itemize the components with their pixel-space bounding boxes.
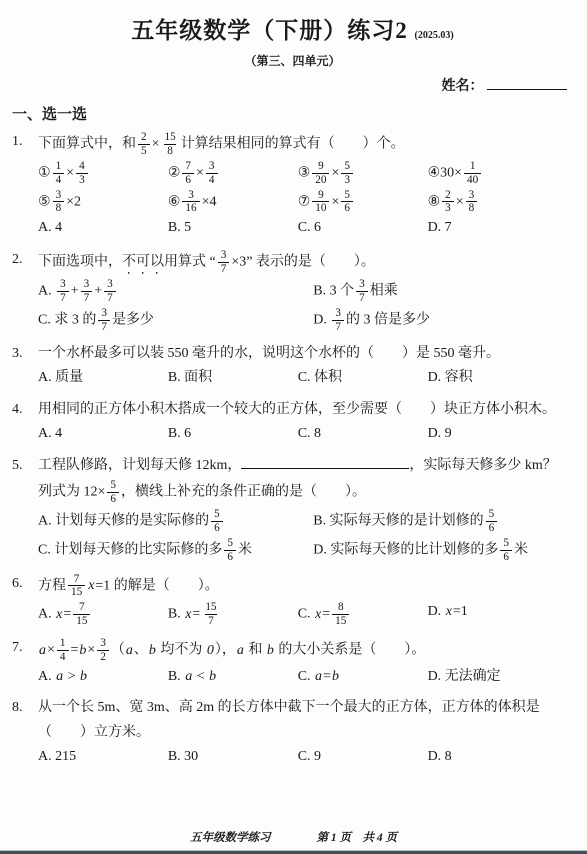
math-variable: x bbox=[445, 604, 453, 619]
text-run: ④30× bbox=[428, 165, 462, 180]
fraction-denominator: 7 bbox=[81, 291, 93, 305]
question-number: 1. bbox=[12, 130, 38, 159]
text-run: × bbox=[87, 643, 95, 658]
page-title-text: 五年级数学（下册）练习2 bbox=[131, 18, 408, 43]
text-run: D. bbox=[313, 313, 330, 328]
option-cell: ⑦910×56 bbox=[298, 188, 428, 217]
question-stem: 5.工程队修路，计划每天修 12km，，实际每天修多少 km？ bbox=[12, 454, 573, 479]
option-cell: D. 容积 bbox=[428, 366, 573, 391]
scan-edge-bar bbox=[0, 850, 587, 854]
option-cell: ③920×53 bbox=[298, 159, 428, 188]
fraction-denominator: 40 bbox=[464, 173, 481, 187]
fraction-numerator: 5 bbox=[486, 508, 498, 521]
text-run: 一个水杯最多可以装 550 毫升的水，说明这个水杯的（ ）是 550 毫升。 bbox=[38, 346, 500, 361]
fraction: 715 bbox=[68, 573, 85, 600]
math-variable: a bbox=[236, 643, 245, 658]
text-run: 的 3 倍是多少 bbox=[346, 313, 430, 328]
fraction-numerator: 9 bbox=[315, 189, 327, 202]
fraction-denominator: 3 bbox=[442, 201, 454, 215]
fraction-denominator: 5 bbox=[138, 144, 150, 158]
fraction-numerator: 5 bbox=[341, 160, 353, 173]
fraction: 158 bbox=[162, 131, 179, 158]
fraction-numerator: 8 bbox=[335, 601, 347, 614]
question-stem-text: 下面选项中，不可以用算式 “37×3” 表示的是（ ）。 bbox=[38, 248, 573, 278]
fraction: 56 bbox=[500, 537, 512, 564]
text-run: × bbox=[66, 165, 74, 180]
text-run: A. 质量 bbox=[38, 370, 83, 385]
fraction: 37 bbox=[356, 278, 368, 305]
text-run: × bbox=[456, 194, 464, 209]
text-run: ③ bbox=[298, 165, 311, 180]
fraction: 43 bbox=[76, 160, 88, 187]
text-run: 的大小关系是（ ）。 bbox=[275, 643, 426, 658]
option-cell: A. 4 bbox=[38, 422, 168, 447]
fraction-denominator: 4 bbox=[206, 173, 218, 187]
option-cell: B. 30 bbox=[168, 745, 298, 770]
text-run: 下面算式中，和 bbox=[38, 137, 136, 152]
fraction: 37 bbox=[57, 278, 69, 305]
text-run: + bbox=[94, 284, 102, 299]
text-run: C. 8 bbox=[298, 426, 321, 441]
text-run: = bbox=[322, 607, 330, 622]
fraction-denominator: 15 bbox=[332, 614, 349, 628]
fraction-denominator: 6 bbox=[107, 492, 119, 506]
math-variable: a bbox=[38, 643, 47, 658]
math-variable: b bbox=[208, 669, 217, 684]
text-run: A. 计划每天修的是实际修的 bbox=[38, 514, 209, 529]
text-run: 用相同的正方体小积木搭成一个较大的正方体，至少需要（ ）块正方体小积木。 bbox=[38, 402, 556, 417]
fraction-denominator: 15 bbox=[73, 614, 90, 628]
text-run: < bbox=[193, 669, 208, 684]
fraction: 715 bbox=[73, 601, 90, 628]
question-stem-text: 从一个长 5m、宽 3m、高 2m 的长方体中截下一个最大的正方体，正方体的体积… bbox=[38, 696, 573, 745]
page-title: 五年级数学（下册）练习2 (2025.03) bbox=[12, 12, 573, 45]
fraction-numerator: 5 bbox=[500, 537, 512, 550]
text-run: = bbox=[323, 669, 331, 684]
option-cell: D. 实际每天修的比计划修的多56米 bbox=[313, 536, 573, 565]
text-run: 从一个长 5m、宽 3m、高 2m 的长方体中截下一个最大的正方体，正方体的体积… bbox=[38, 700, 540, 740]
options-row: A. 37+37+37B. 3 个37相乘 bbox=[38, 277, 573, 306]
fraction: 56 bbox=[486, 508, 498, 535]
fraction-denominator: 7 bbox=[104, 291, 116, 305]
option-cell: B. 实际每天修的是计划修的56 bbox=[313, 507, 573, 536]
text-run: B. bbox=[168, 669, 184, 684]
footer-doc-title: 五年级数学练习 bbox=[190, 829, 271, 845]
fraction-numerator: 2 bbox=[138, 131, 150, 144]
math-variable: a bbox=[55, 669, 64, 684]
fraction: 56 bbox=[107, 479, 119, 506]
option-cell: C. 6 bbox=[298, 216, 428, 241]
text-run: ⑤ bbox=[38, 194, 51, 209]
fraction: 37 bbox=[104, 278, 116, 305]
text-run: B. 30 bbox=[168, 749, 198, 764]
fraction-numerator: 7 bbox=[182, 160, 194, 173]
question-stem-text: 工程队修路，计划每天修 12km，，实际每天修多少 km？ bbox=[38, 454, 573, 479]
option-cell: B. a < b bbox=[168, 665, 298, 690]
option-cell: ⑤38×2 bbox=[38, 188, 168, 217]
blank-line bbox=[241, 455, 409, 469]
fraction-numerator: 3 bbox=[218, 249, 230, 262]
text-run: 、 bbox=[134, 643, 148, 658]
math-variable: a bbox=[314, 669, 323, 684]
fraction-denominator: 3 bbox=[76, 173, 88, 187]
option-cell: D. 9 bbox=[428, 422, 573, 447]
text-run: C. 求 3 的 bbox=[38, 313, 96, 328]
question-stem-text: 方程715x=1 的解是（ ）。 bbox=[38, 572, 573, 601]
option-cell: ⑥316×4 bbox=[168, 188, 298, 217]
fraction-numerator: 3 bbox=[81, 278, 93, 291]
math-variable: b bbox=[331, 669, 340, 684]
option-cell: A. a > b bbox=[38, 665, 168, 690]
text-run: ① bbox=[38, 165, 51, 180]
text-run: > bbox=[64, 669, 79, 684]
question-stem-text: 下面算式中，和25×158计算结果相同的算式有（ ）个。 bbox=[38, 130, 573, 159]
text-run: C. 9 bbox=[298, 749, 321, 764]
fraction: 23 bbox=[442, 189, 454, 216]
options-row: A. 4B. 5C. 6D. 7 bbox=[38, 216, 573, 241]
fraction: 25 bbox=[138, 131, 150, 158]
fraction: 32 bbox=[97, 637, 109, 664]
fraction-denominator: 20 bbox=[312, 173, 329, 187]
question-stem: 8.从一个长 5m、宽 3m、高 2m 的长方体中截下一个最大的正方体，正方体的… bbox=[12, 696, 573, 745]
option-cell: ②76×34 bbox=[168, 159, 298, 188]
fraction-denominator: 3 bbox=[341, 173, 353, 187]
fraction-numerator: 5 bbox=[211, 508, 223, 521]
text-run: ⑥ bbox=[168, 194, 181, 209]
fraction-numerator: 3 bbox=[466, 189, 478, 202]
fraction-denominator: 8 bbox=[466, 201, 478, 215]
question-number bbox=[12, 478, 38, 507]
fraction-numerator: 5 bbox=[224, 537, 236, 550]
question-number: 6. bbox=[12, 572, 38, 601]
text-run: A. 4 bbox=[38, 426, 62, 441]
text-run: D. 8 bbox=[428, 749, 452, 764]
math-variable: b bbox=[79, 669, 88, 684]
option-cell: B. 面积 bbox=[168, 366, 298, 391]
page-subtitle: （第三、四单元） bbox=[12, 52, 573, 69]
text-run: =1 bbox=[453, 604, 468, 619]
fraction-denominator: 15 bbox=[68, 585, 85, 599]
fraction-numerator: 9 bbox=[315, 160, 327, 173]
fraction: 140 bbox=[464, 160, 481, 187]
fraction-numerator: 3 bbox=[53, 189, 65, 202]
math-variable: a bbox=[184, 669, 193, 684]
text-run: 米 bbox=[238, 542, 252, 557]
fraction-numerator: 15 bbox=[202, 601, 219, 614]
name-row: 姓名： bbox=[12, 75, 573, 95]
options-row: ⑤38×2⑥316×4⑦910×56⑧23×38 bbox=[38, 188, 573, 217]
section-heading: 一、选一选 bbox=[12, 103, 573, 124]
text-run: C. bbox=[298, 607, 314, 622]
fraction-numerator: 5 bbox=[341, 189, 353, 202]
text-run: A. 4 bbox=[38, 220, 62, 235]
option-cell: B. 6 bbox=[168, 422, 298, 447]
text-run: 和 bbox=[245, 643, 266, 658]
text-run: 米 bbox=[514, 542, 528, 557]
text-run: A. 215 bbox=[38, 749, 76, 764]
text-run: C. 计划每天修的比实际修的多 bbox=[38, 542, 222, 557]
text-run: 计算结果相同的算式有（ ）个。 bbox=[181, 137, 405, 152]
question-number: 3. bbox=[12, 342, 38, 367]
question-4: 4.用相同的正方体小积木搭成一个较大的正方体，至少需要（ ）块正方体小积木。A.… bbox=[12, 398, 573, 447]
text-run: 列式为 12× bbox=[38, 485, 105, 500]
name-label: 姓名： bbox=[442, 79, 484, 94]
fraction-denominator: 8 bbox=[164, 144, 176, 158]
option-cell: C. 体积 bbox=[298, 366, 428, 391]
question-stem-text: 一个水杯最多可以装 550 毫升的水，说明这个水杯的（ ）是 550 毫升。 bbox=[38, 342, 573, 367]
text-run: ，横线上补充的条件正确的是（ ）。 bbox=[121, 485, 366, 500]
text-run: B. 6 bbox=[168, 426, 191, 441]
fraction: 910 bbox=[312, 189, 329, 216]
fraction-denominator: 7 bbox=[57, 291, 69, 305]
text-run: ×3” 表示的是（ ）。 bbox=[231, 254, 375, 269]
footer-page-info: 第 1 页 共 4 页 bbox=[317, 829, 398, 845]
text-run: B. bbox=[168, 607, 184, 622]
question-stem: 7.a×14=b×32（a、b 均不为 0），a 和 b 的大小关系是（ ）。 bbox=[12, 636, 573, 665]
fraction-numerator: 15 bbox=[162, 131, 179, 144]
option-cell: A. 37+37+37 bbox=[38, 277, 313, 306]
fraction-numerator: 1 bbox=[57, 637, 69, 650]
fraction: 56 bbox=[211, 508, 223, 535]
fraction: 37 bbox=[98, 307, 110, 334]
text-run: × bbox=[331, 165, 339, 180]
question-stem: 3.一个水杯最多可以装 550 毫升的水，说明这个水杯的（ ）是 550 毫升。 bbox=[12, 342, 573, 367]
math-variable: b bbox=[148, 643, 157, 658]
text-run: × bbox=[47, 643, 55, 658]
fraction-numerator: 7 bbox=[76, 601, 88, 614]
page-footer: 五年级数学练习 第 1 页 共 4 页 bbox=[0, 829, 587, 845]
question-5: 5.工程队修路，计划每天修 12km，，实际每天修多少 km？列式为 12×56… bbox=[12, 454, 573, 565]
fraction-denominator: 6 bbox=[182, 173, 194, 187]
question-2: 2.下面选项中，不可以用算式 “37×3” 表示的是（ ）。A. 37+37+3… bbox=[12, 248, 573, 335]
fraction-denominator: 7 bbox=[205, 614, 217, 628]
question-number: 2. bbox=[12, 248, 38, 278]
text-run: × bbox=[196, 165, 204, 180]
question-stem-text: a×14=b×32（a、b 均不为 0），a 和 b 的大小关系是（ ）。 bbox=[38, 636, 573, 665]
fraction-denominator: 16 bbox=[182, 201, 199, 215]
option-cell: A. x=715 bbox=[38, 600, 168, 629]
text-run: B. 5 bbox=[168, 220, 191, 235]
fraction-denominator: 7 bbox=[332, 320, 344, 334]
question-stem: 4.用相同的正方体小积木搭成一个较大的正方体，至少需要（ ）块正方体小积木。 bbox=[12, 398, 573, 423]
text-run: = bbox=[63, 607, 71, 622]
fraction-numerator: 3 bbox=[97, 637, 109, 650]
fraction: 38 bbox=[53, 189, 65, 216]
fraction-denominator: 7 bbox=[218, 262, 230, 276]
question-number: 8. bbox=[12, 696, 38, 745]
fraction-numerator: 5 bbox=[107, 479, 119, 492]
fraction: 14 bbox=[53, 160, 65, 187]
option-cell: C. a=b bbox=[298, 665, 428, 690]
text-run: 用算式 “ bbox=[164, 254, 216, 269]
questions-list: 1.下面算式中，和25×158计算结果相同的算式有（ ）个。①14×43②76×… bbox=[12, 130, 573, 770]
text-run: 方程 bbox=[38, 578, 66, 593]
math-variable: a bbox=[125, 643, 134, 658]
fraction: 53 bbox=[341, 160, 353, 187]
fraction: 37 bbox=[81, 278, 93, 305]
fraction: 815 bbox=[332, 601, 349, 628]
text-run: A. bbox=[38, 607, 55, 622]
emphasized-text: 不可以 bbox=[122, 254, 164, 269]
question-stem-text: 用相同的正方体小积木搭成一个较大的正方体，至少需要（ ）块正方体小积木。 bbox=[38, 398, 573, 423]
fraction-denominator: 10 bbox=[312, 201, 329, 215]
options-row: A. 质量B. 面积C. 体积D. 容积 bbox=[38, 366, 573, 391]
fraction-numerator: 3 bbox=[104, 278, 116, 291]
page-title-date: (2025.03) bbox=[415, 30, 454, 41]
fraction-denominator: 4 bbox=[53, 173, 65, 187]
text-run: ×4 bbox=[202, 194, 217, 209]
fraction-numerator: 3 bbox=[332, 307, 344, 320]
text-run: D. 无法确定 bbox=[428, 669, 501, 684]
text-run: D. 9 bbox=[428, 426, 452, 441]
fraction-numerator: 3 bbox=[185, 189, 197, 202]
option-cell: C. 求 3 的37是多少 bbox=[38, 306, 313, 335]
text-run: B. 3 个 bbox=[313, 284, 354, 299]
text-run: = bbox=[192, 607, 200, 622]
question-stem: 6.方程715x=1 的解是（ ）。 bbox=[12, 572, 573, 601]
text-run: 下面选项中， bbox=[38, 254, 122, 269]
options-row: A. 计划每天修的是实际修的56B. 实际每天修的是计划修的56 bbox=[38, 507, 573, 536]
text-run: C. 体积 bbox=[298, 370, 342, 385]
options-row: C. 计划每天修的比实际修的多56米D. 实际每天修的比计划修的多56米 bbox=[38, 536, 573, 565]
fraction-denominator: 6 bbox=[486, 521, 498, 535]
option-cell: A. 计划每天修的是实际修的56 bbox=[38, 507, 313, 536]
option-cell: D. 37的 3 倍是多少 bbox=[313, 306, 573, 335]
text-run: × bbox=[331, 194, 339, 209]
text-run: D. 实际每天修的比计划修的多 bbox=[313, 542, 498, 557]
question-number: 5. bbox=[12, 454, 38, 479]
fraction-denominator: 6 bbox=[211, 521, 223, 535]
options-row: A. x=715B. x=157C. x=815D. x=1 bbox=[38, 600, 573, 629]
option-cell: C. x=815 bbox=[298, 600, 428, 629]
question-7: 7.a×14=b×32（a、b 均不为 0），a 和 b 的大小关系是（ ）。A… bbox=[12, 636, 573, 689]
text-run: A. bbox=[38, 669, 55, 684]
math-variable: b bbox=[266, 643, 275, 658]
text-run: ，实际每天修多少 km？ bbox=[409, 458, 556, 473]
question-number: 7. bbox=[12, 636, 38, 665]
fraction: 920 bbox=[312, 160, 329, 187]
fraction-numerator: 3 bbox=[98, 307, 110, 320]
question-3: 3.一个水杯最多可以装 550 毫升的水，说明这个水杯的（ ）是 550 毫升。… bbox=[12, 342, 573, 391]
option-cell: ①14×43 bbox=[38, 159, 168, 188]
fraction-numerator: 4 bbox=[76, 160, 88, 173]
option-cell: ④30×140 bbox=[428, 159, 573, 188]
text-run: =1 的解是（ ）。 bbox=[95, 578, 218, 593]
option-cell: ⑧23×38 bbox=[428, 188, 573, 217]
text-run: ）， bbox=[215, 643, 236, 658]
option-cell: B. x=157 bbox=[168, 600, 298, 629]
fraction: 37 bbox=[218, 249, 230, 276]
text-run: 是多少 bbox=[112, 313, 154, 328]
question-number: 4. bbox=[12, 398, 38, 423]
option-cell: A. 4 bbox=[38, 216, 168, 241]
options-row: A. 215B. 30C. 9D. 8 bbox=[38, 745, 573, 770]
text-run: ⑧ bbox=[428, 194, 441, 209]
fraction-denominator: 8 bbox=[53, 201, 65, 215]
option-cell: D. 7 bbox=[428, 216, 573, 241]
text-run: B. 面积 bbox=[168, 370, 212, 385]
options-row: A. 4B. 6C. 8D. 9 bbox=[38, 422, 573, 447]
fraction: 316 bbox=[182, 189, 199, 216]
fraction: 34 bbox=[206, 160, 218, 187]
fraction-numerator: 7 bbox=[71, 573, 83, 586]
text-run: ⑦ bbox=[298, 194, 311, 209]
text-run: D. 容积 bbox=[428, 370, 473, 385]
question-stem: 1.下面算式中，和25×158计算结果相同的算式有（ ）个。 bbox=[12, 130, 573, 159]
text-run: D. 7 bbox=[428, 220, 452, 235]
fraction: 14 bbox=[57, 637, 69, 664]
question-stem: 2.下面选项中，不可以用算式 “37×3” 表示的是（ ）。 bbox=[12, 248, 573, 278]
fraction: 157 bbox=[202, 601, 219, 628]
fraction-denominator: 7 bbox=[98, 320, 110, 334]
option-cell: D. 无法确定 bbox=[428, 665, 573, 690]
option-cell: A. 质量 bbox=[38, 366, 168, 391]
fraction: 56 bbox=[224, 537, 236, 564]
fraction-numerator: 3 bbox=[57, 278, 69, 291]
fraction: 56 bbox=[341, 189, 353, 216]
text-run: （ bbox=[111, 643, 125, 658]
fraction-numerator: 1 bbox=[53, 160, 65, 173]
fraction-denominator: 4 bbox=[57, 650, 69, 664]
option-cell: B. 5 bbox=[168, 216, 298, 241]
fraction: 37 bbox=[332, 307, 344, 334]
fraction-denominator: 6 bbox=[224, 550, 236, 564]
question-6: 6.方程715x=1 的解是（ ）。A. x=715B. x=157C. x=8… bbox=[12, 572, 573, 630]
options-row: ①14×43②76×34③920×53④30×140 bbox=[38, 159, 573, 188]
option-cell: C. 9 bbox=[298, 745, 428, 770]
text-run: ×2 bbox=[66, 194, 81, 209]
text-run: B. 实际每天修的是计划修的 bbox=[313, 514, 483, 529]
question-stem: 列式为 12×56，横线上补充的条件正确的是（ ）。 bbox=[12, 478, 573, 507]
fraction-numerator: 1 bbox=[467, 160, 479, 173]
option-cell: A. 215 bbox=[38, 745, 168, 770]
options-row: A. a > bB. a < bC. a=bD. 无法确定 bbox=[38, 665, 573, 690]
options-row: C. 求 3 的37是多少D. 37的 3 倍是多少 bbox=[38, 306, 573, 335]
text-run: D. bbox=[428, 604, 445, 619]
question-8: 8.从一个长 5m、宽 3m、高 2m 的长方体中截下一个最大的正方体，正方体的… bbox=[12, 696, 573, 770]
text-run: C. bbox=[298, 669, 314, 684]
fraction-denominator: 6 bbox=[341, 201, 353, 215]
option-cell: C. 计划每天修的比实际修的多56米 bbox=[38, 536, 313, 565]
fraction-denominator: 7 bbox=[356, 291, 368, 305]
text-run: C. 6 bbox=[298, 220, 321, 235]
question-1: 1.下面算式中，和25×158计算结果相同的算式有（ ）个。①14×43②76×… bbox=[12, 130, 573, 241]
text-run: 工程队修路，计划每天修 12km， bbox=[38, 458, 241, 473]
fraction: 76 bbox=[182, 160, 194, 187]
text-run: 相乘 bbox=[370, 284, 398, 299]
fraction-denominator: 2 bbox=[97, 650, 109, 664]
fraction-numerator: 3 bbox=[356, 278, 368, 291]
text-run: ② bbox=[168, 165, 181, 180]
text-run: + bbox=[71, 284, 79, 299]
question-stem-text: 列式为 12×56，横线上补充的条件正确的是（ ）。 bbox=[38, 478, 573, 507]
name-blank-line bbox=[487, 75, 567, 90]
text-run: A. bbox=[38, 284, 55, 299]
fraction-denominator: 6 bbox=[500, 550, 512, 564]
fraction: 38 bbox=[466, 189, 478, 216]
option-cell: D. x=1 bbox=[428, 600, 573, 629]
math-variable: 0 bbox=[206, 643, 215, 658]
fraction-numerator: 3 bbox=[206, 160, 218, 173]
fraction-numerator: 2 bbox=[442, 189, 454, 202]
option-cell: D. 8 bbox=[428, 745, 573, 770]
text-run: × bbox=[152, 137, 160, 152]
option-cell: B. 3 个37相乘 bbox=[313, 277, 573, 306]
option-cell: C. 8 bbox=[298, 422, 428, 447]
text-run: 均不为 bbox=[157, 643, 206, 658]
